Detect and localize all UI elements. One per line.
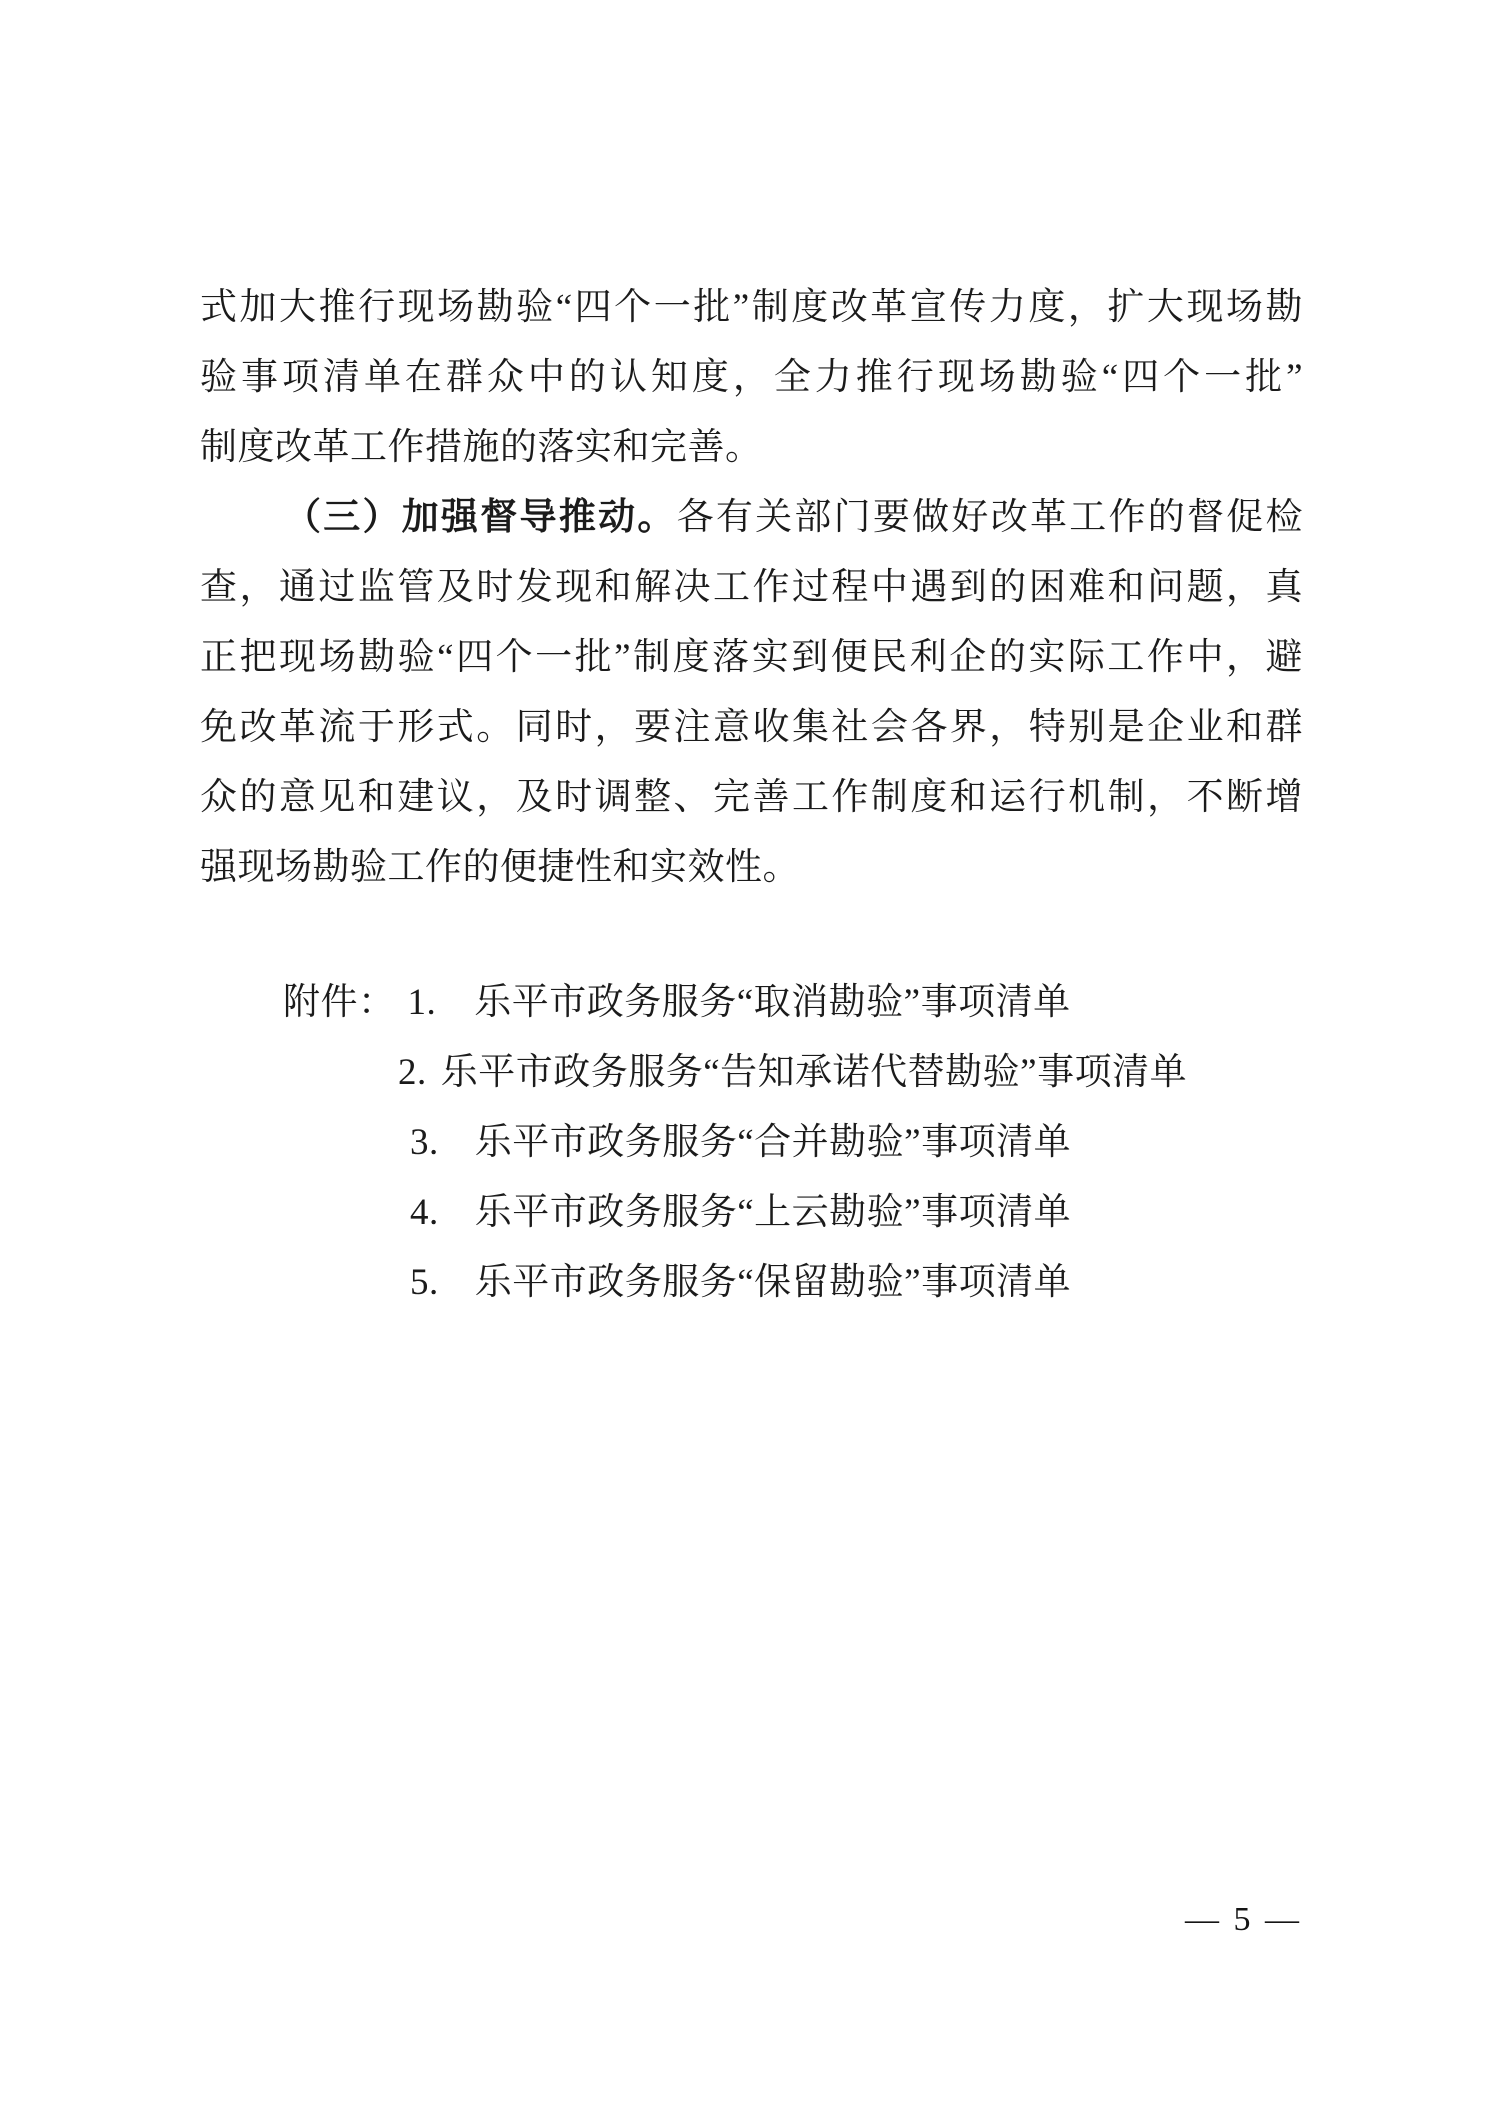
text-line: 免改革流于形式。同时，要注意收集社会各界，特别是企业和群 (200, 693, 1303, 763)
attachment-number: 2. (398, 1038, 427, 1108)
page-number: — 5 — (1185, 1895, 1302, 1945)
attachment-row: 4.乐平市政务服务“上云勘验”事项清单 (283, 1178, 1388, 1248)
text-run: 各有关部门要做好改革工作的督促检 (677, 497, 1303, 538)
attachment-title: 乐平市政务服务“合并勘验”事项清单 (475, 1108, 1071, 1178)
attachment-number: 4. (410, 1178, 439, 1248)
document-body: 式加大推行现场勘验“四个一批”制度改革宣传力度，扩大现场勘 验事项清单在群众中的… (200, 273, 1303, 903)
attachment-row: 2.乐平市政务服务“告知承诺代替勘验”事项清单 (283, 1038, 1388, 1108)
text-line: 制度改革工作措施的落实和完善。 (200, 413, 1303, 483)
attachment-row: 3.乐平市政务服务“合并勘验”事项清单 (283, 1108, 1388, 1178)
text-line: 查，通过监管及时发现和解决工作过程中遇到的困难和问题，真 (200, 553, 1303, 623)
attachment-row: 5.乐平市政务服务“保留勘验”事项清单 (283, 1248, 1388, 1318)
attachment-number: 1. (408, 968, 437, 1038)
attachment-number: 3. (410, 1108, 439, 1178)
paragraph-continuation: 式加大推行现场勘验“四个一批”制度改革宣传力度，扩大现场勘 验事项清单在群众中的… (200, 273, 1303, 483)
text-line: （三）加强督导推动。各有关部门要做好改革工作的督促检 (200, 483, 1303, 553)
document-page: 式加大推行现场勘验“四个一批”制度改革宣传力度，扩大现场勘 验事项清单在群众中的… (0, 0, 1488, 2104)
section-heading: （三）加强督导推动。 (284, 497, 677, 538)
text-line: 强现场勘验工作的便捷性和实效性。 (200, 833, 1303, 903)
text-line: 验事项清单在群众中的认知度，全力推行现场勘验“四个一批” (200, 343, 1303, 413)
text-line: 众的意见和建议，及时调整、完善工作制度和运行机制，不断增 (200, 763, 1303, 833)
paragraph-section-three: （三）加强督导推动。各有关部门要做好改革工作的督促检 查，通过监管及时发现和解决… (200, 483, 1303, 903)
attachments-section: 附件：1.乐平市政务服务“取消勘验”事项清单 2.乐平市政务服务“告知承诺代替勘… (283, 968, 1388, 1318)
attachment-title: 乐平市政务服务“上云勘验”事项清单 (475, 1178, 1071, 1248)
attachment-row: 附件：1.乐平市政务服务“取消勘验”事项清单 (283, 968, 1388, 1038)
attachment-title: 乐平市政务服务“告知承诺代替勘验”事项清单 (441, 1038, 1187, 1108)
text-line: 式加大推行现场勘验“四个一批”制度改革宣传力度，扩大现场勘 (200, 273, 1303, 343)
text-line: 正把现场勘验“四个一批”制度落实到便民利企的实际工作中，避 (200, 623, 1303, 693)
attachment-number: 5. (410, 1248, 439, 1318)
attachment-title: 乐平市政务服务“取消勘验”事项清单 (474, 968, 1070, 1038)
attachment-title: 乐平市政务服务“保留勘验”事项清单 (475, 1248, 1071, 1318)
attachments-label: 附件： (283, 968, 396, 1038)
